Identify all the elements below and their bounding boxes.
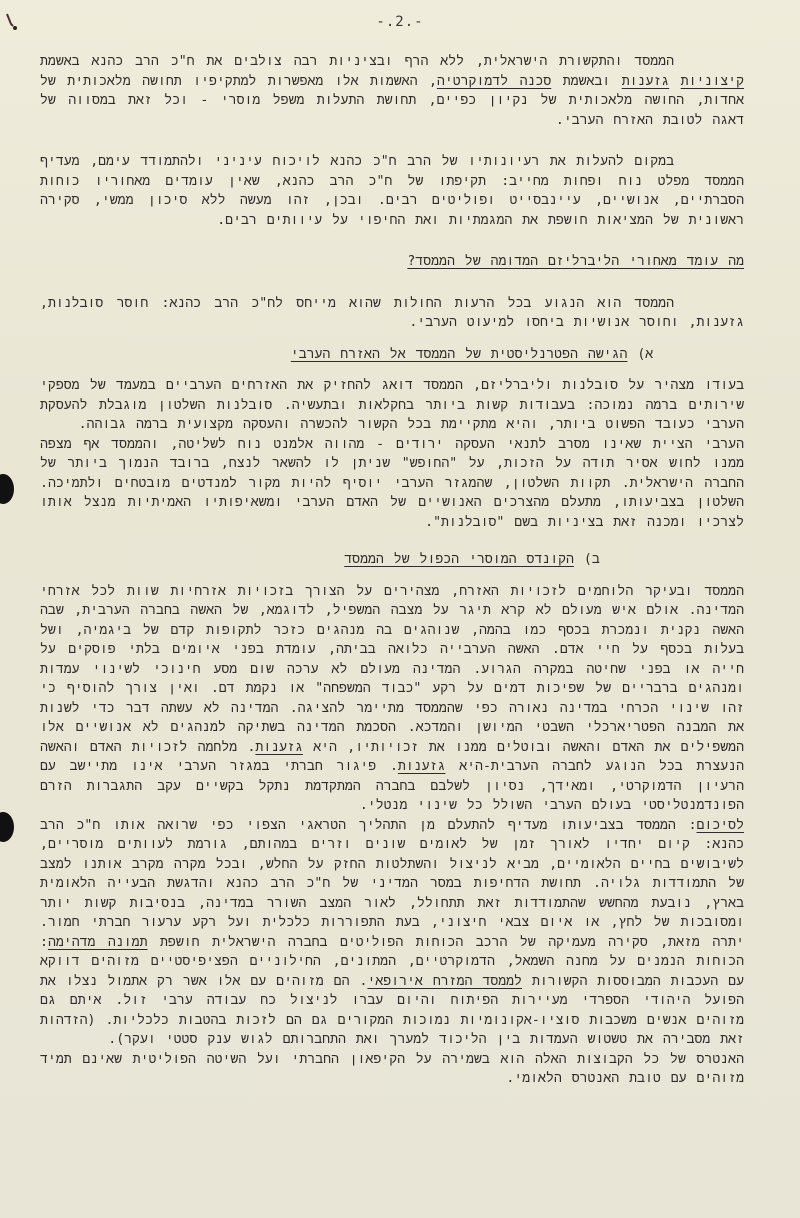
underlined-phrase: גזענות <box>622 74 669 89</box>
underlined-phrase: גזענות <box>398 759 445 774</box>
scanned-page: -.2.- הממסד והתקשורת הישראלית, ללא הרף ו… <box>0 0 800 1218</box>
page-number: -.2.- <box>0 14 800 30</box>
underlined-phrase: לממסד המזרח אירופאי <box>367 974 522 989</box>
underlined-phrase: גזענות <box>255 740 302 755</box>
punch-hole-icon <box>0 812 14 842</box>
underlined-phrase: תמונה מדהימה <box>48 935 148 950</box>
paragraph-3: הממסד הוא הנגוע בכל הרעות החולות שהוא מי… <box>40 294 744 333</box>
paragraph-6: הממסד ובעיקר הלוחמים לזכויות האזרח, מצהי… <box>40 582 744 816</box>
paragraph-2: במקום להעלות את רעיונותיו של הרב ח"כ כהנ… <box>40 152 744 230</box>
section-heading-b: ב) הקונדס המוסרי הכפול של הממסד <box>40 550 744 570</box>
section-heading-question: מה עומד מאחורי הליברליזם המדומה של הממסד… <box>40 252 744 272</box>
underlined-phrase: לסיכום <box>697 818 744 833</box>
underlined-phrase: סכנה לדמוקרטיה <box>437 74 551 89</box>
underlined-phrase: קיצוניות <box>681 74 744 89</box>
paragraph-8: האנטרס של כל הקבוצות האלה הוא בשמירה על … <box>40 1050 744 1089</box>
document-body: הממסד והתקשורת הישראלית, ללא הרף ובציניו… <box>40 40 744 1089</box>
paragraph-4: בעודו מצהיר על סובלנות וליברליזם, הממסד … <box>40 376 744 435</box>
paragraph-7-summary: לסיכום: הממסד בצביעותו מעדיף להתעלם מן ה… <box>40 816 744 1050</box>
punch-hole-icon <box>0 474 14 504</box>
paragraph-1: הממסד והתקשורת הישראלית, ללא הרף ובציניו… <box>40 52 744 130</box>
section-heading-a: א) הגישה הפטרנליסטית של הממסד אל האזרח ה… <box>40 345 744 365</box>
paragraph-5: הערבי הציית שאינו מסרב לתנאי העסקה ירודי… <box>40 435 744 533</box>
